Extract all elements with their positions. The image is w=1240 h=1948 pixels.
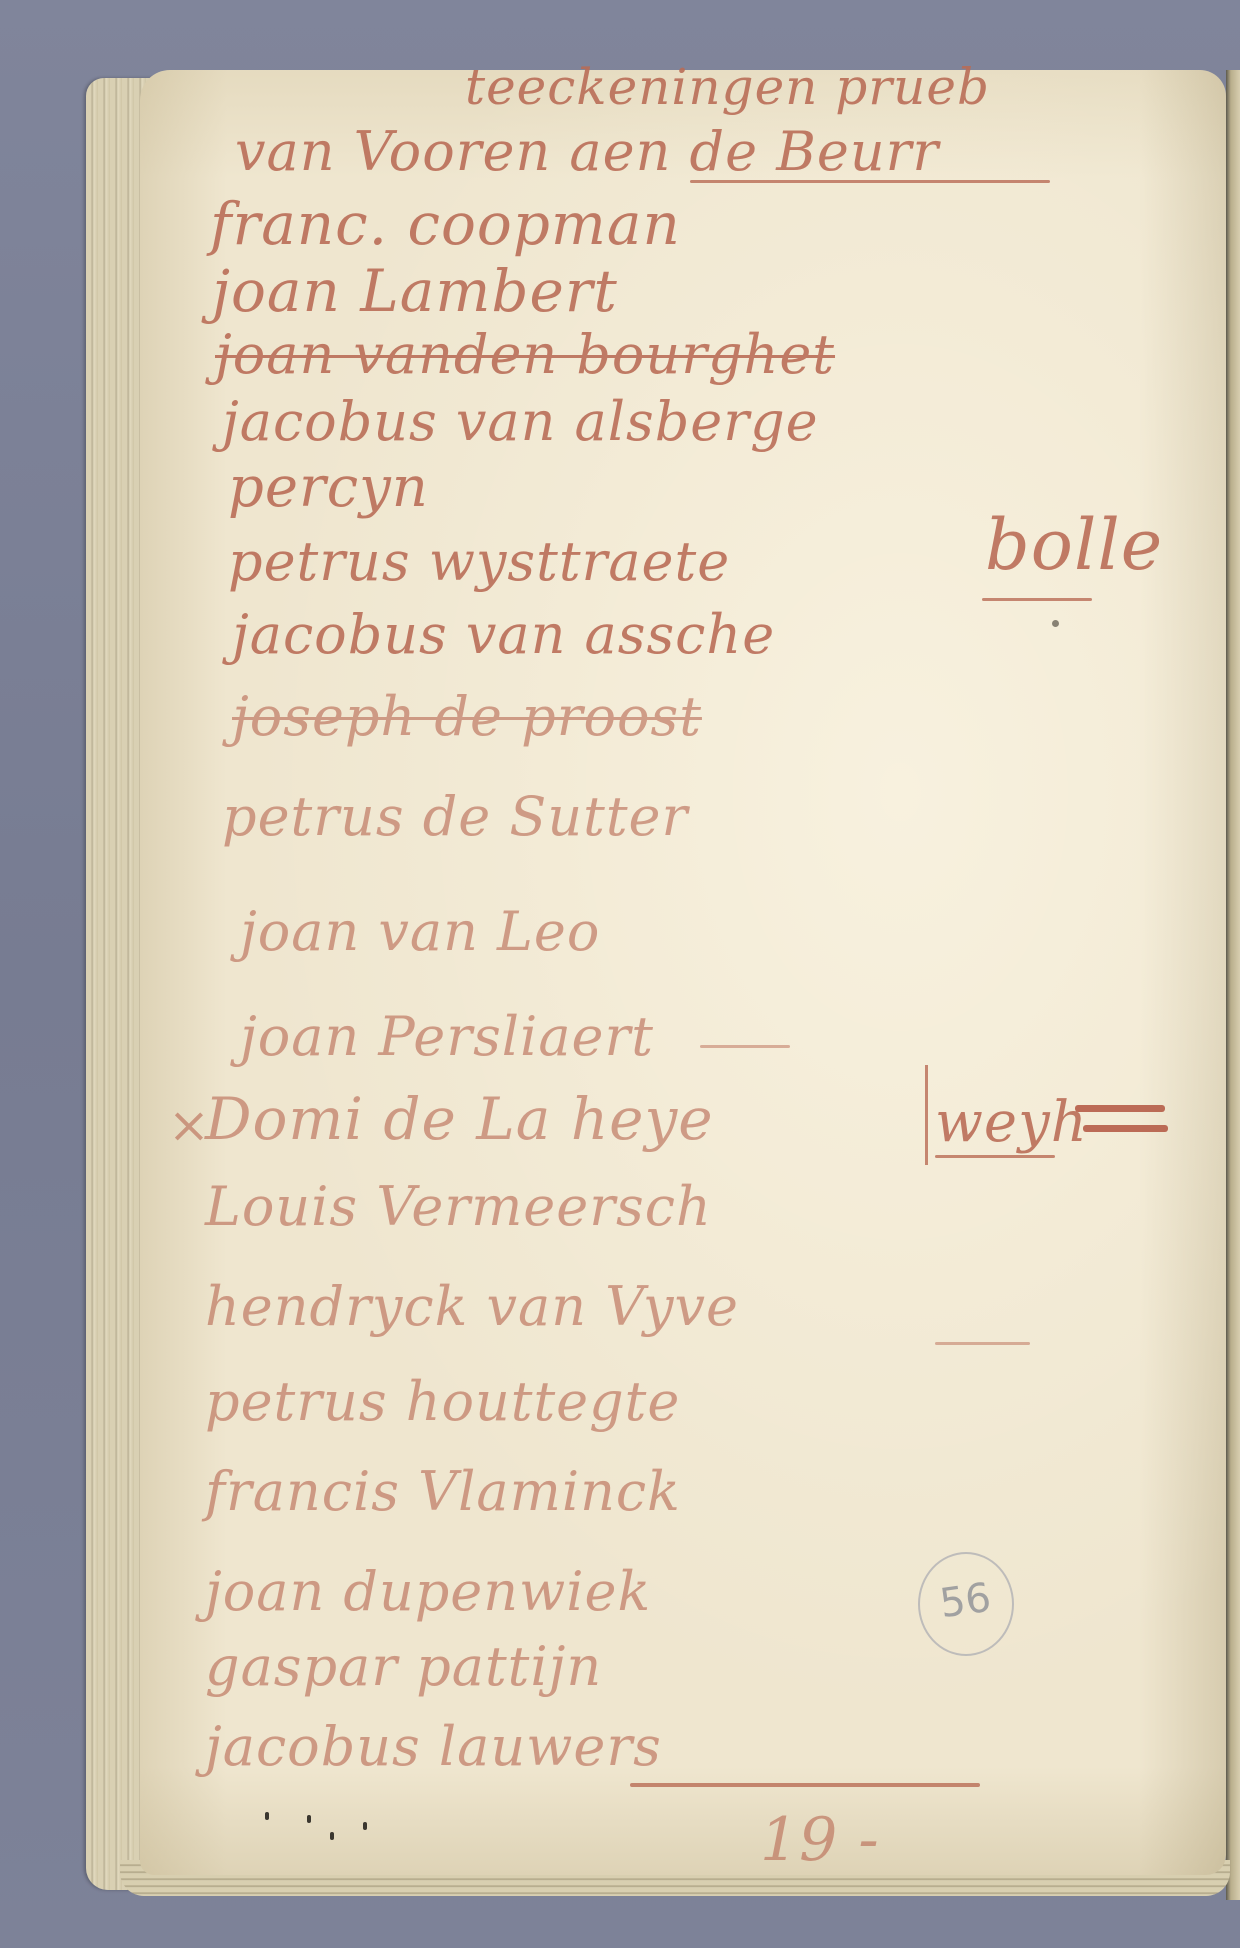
ink-dot: [1052, 620, 1059, 627]
list-item: petrus wysttraete: [228, 535, 730, 589]
list-item: joan van Leo: [240, 905, 600, 959]
list-item: Domi de La heye: [205, 1090, 714, 1148]
list-item: percyn: [228, 460, 429, 516]
persliaert-tail: [700, 1045, 790, 1048]
worm-hole: [265, 1812, 269, 1820]
worm-hole: [363, 1822, 367, 1830]
list-item: joan vanden bourghet: [215, 328, 835, 382]
marginal-note-bolle: bolle: [985, 510, 1163, 580]
list-item: franc. coopman: [210, 195, 681, 253]
list-item: joseph de proost: [232, 690, 702, 744]
list-item: joan Persliaert: [240, 1010, 654, 1064]
heading-underline: [690, 180, 1050, 183]
bolle-underline: [982, 598, 1092, 601]
total-rule: [630, 1783, 980, 1787]
list-item: jacobus van alsberge: [222, 395, 819, 449]
list-item: hendryck van Vyve: [205, 1280, 739, 1334]
worm-hole: [307, 1815, 311, 1823]
vyve-tail: [935, 1342, 1030, 1345]
double-mark-bottom: [1083, 1125, 1168, 1132]
weyh-underline: [935, 1155, 1055, 1158]
list-item: Louis Vermeersch: [205, 1180, 712, 1234]
facing-page-edge: [1226, 70, 1240, 1900]
list-item: petrus houttegte: [205, 1375, 680, 1429]
page-heading: teeckeningen prueb: [465, 62, 990, 112]
total-count: 19 -: [760, 1810, 880, 1870]
list-item: francis Vlaminck: [205, 1465, 681, 1519]
list-item: van Vooren aen de Beurr: [235, 125, 939, 179]
double-mark-top: [1075, 1105, 1165, 1112]
list-item: jacobus van assche: [232, 608, 775, 662]
worm-hole: [330, 1832, 334, 1840]
weyh-note: weyh: [935, 1095, 1088, 1151]
list-item: jacobus lauwers: [205, 1720, 662, 1774]
separator-bar: [925, 1065, 928, 1165]
list-item: joan dupenwiek: [205, 1565, 651, 1619]
list-item: joan Lambert: [212, 262, 618, 320]
list-item: gaspar pattijn: [205, 1640, 602, 1694]
list-item: petrus de Sutter: [222, 790, 688, 844]
pencil-folio-number: 56: [937, 1575, 994, 1628]
